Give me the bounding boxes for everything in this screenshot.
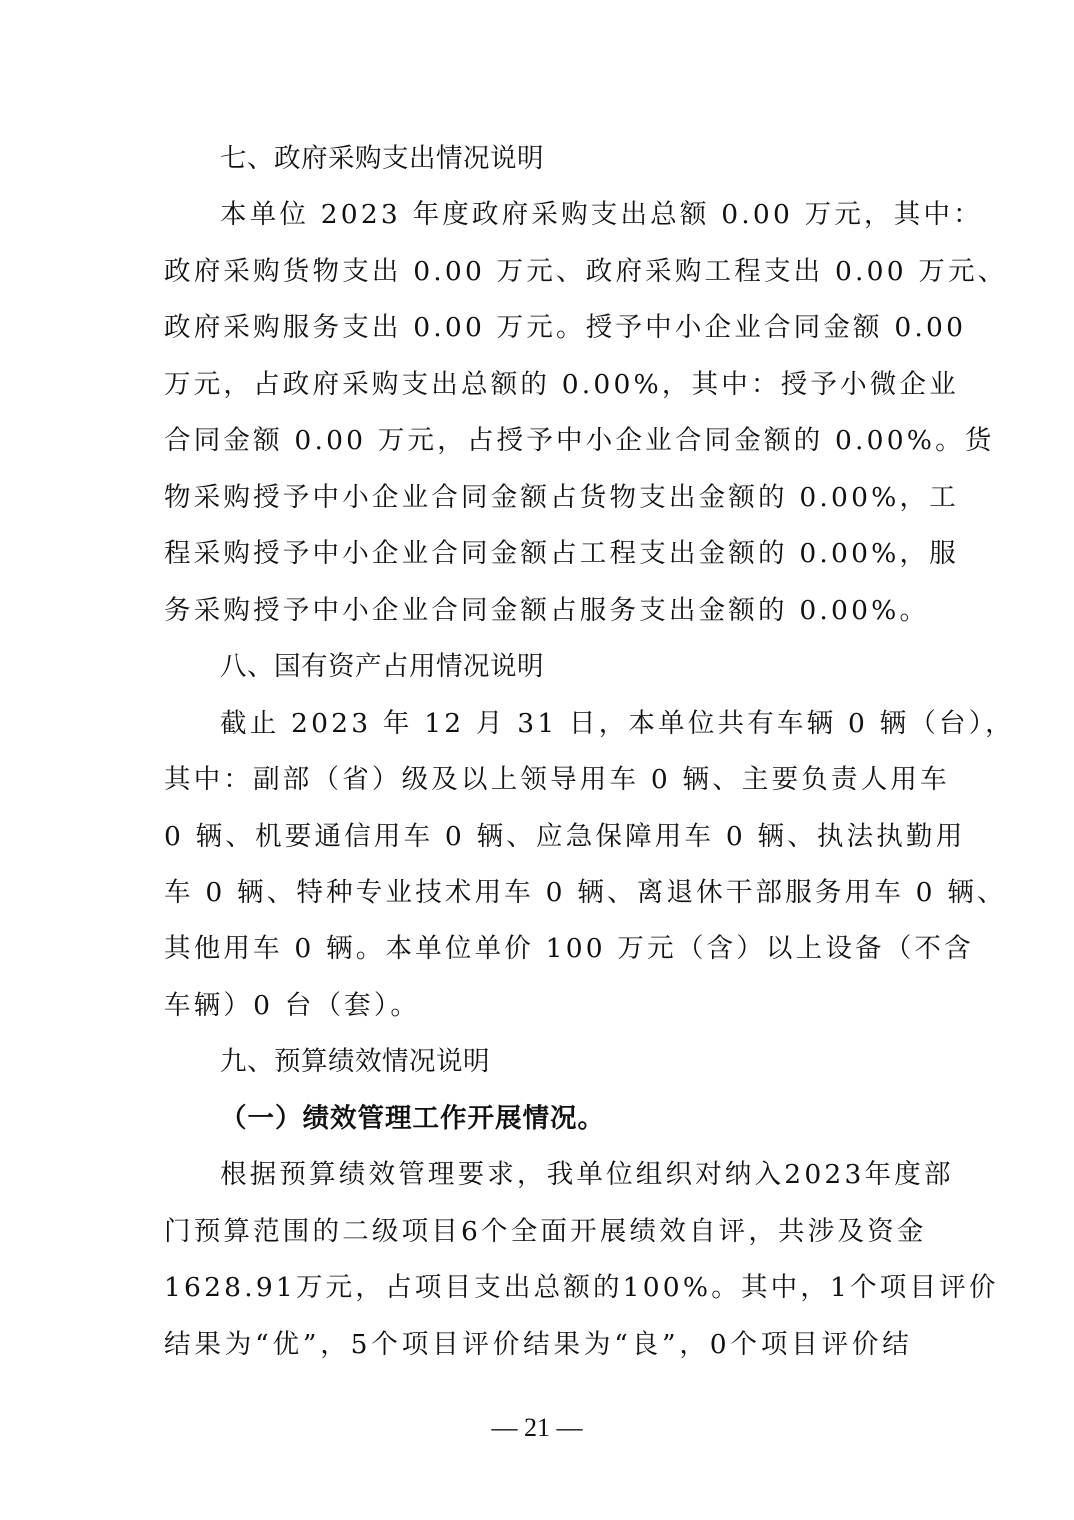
paragraph-line: 车 0 辆、特种专业技术用车 0 辆、离退休干部服务用车 0 辆、: [164, 875, 912, 911]
paragraph-line: 万元，占政府采购支出总额的 0.00%，其中：授予小微企业: [164, 367, 912, 403]
section-heading-budget-performance: 九、预算绩效情况说明: [220, 1044, 490, 1080]
paragraph-line: 政府采购货物支出 0.00 万元、政府采购工程支出 0.00 万元、: [164, 254, 912, 290]
paragraph-line: 务采购授予中小企业合同金额占服务支出金额的 0.00%。: [164, 593, 912, 629]
paragraph-line: 1628.91万元，占项目支出总额的100%。其中，1个项目评价: [164, 1270, 912, 1306]
paragraph-line: 结果为“优”，5个项目评价结果为“良”，0个项目评价结: [164, 1327, 912, 1363]
paragraph-line: 其他用车 0 辆。本单位单价 100 万元（含）以上设备（不含: [164, 931, 912, 967]
paragraph-line: 0 辆、机要通信用车 0 辆、应急保障用车 0 辆、执法执勤用: [164, 819, 912, 855]
paragraph-line: 本单位 2023 年度政府采购支出总额 0.00 万元，其中：: [220, 197, 912, 233]
page-number: — 21 —: [0, 1410, 1074, 1446]
paragraph-line: 根据预算绩效管理要求，我单位组织对纳入2023年度部: [220, 1157, 912, 1193]
paragraph-line: 门预算范围的二级项目6个全面开展绩效自评，共涉及资金: [164, 1214, 912, 1250]
paragraph-line: 程采购授予中小企业合同金额占工程支出金额的 0.00%，服: [164, 536, 912, 572]
section-heading-government-procurement: 七、政府采购支出情况说明: [220, 141, 544, 177]
section-heading-state-assets: 八、国有资产占用情况说明: [220, 649, 544, 685]
paragraph-line: 截止 2023 年 12 月 31 日，本单位共有车辆 0 辆（台），: [220, 706, 912, 742]
paragraph-line: 合同金额 0.00 万元，占授予中小企业合同金额的 0.00%。货: [164, 423, 912, 459]
paragraph-line: 物采购授予中小企业合同金额占货物支出金额的 0.00%，工: [164, 480, 912, 516]
paragraph-line: 其中：副部（省）级及以上领导用车 0 辆、主要负责人用车: [164, 762, 912, 798]
paragraph-line: 车辆）0 台（套）。: [164, 988, 912, 1024]
paragraph-line: 政府采购服务支出 0.00 万元。授予中小企业合同金额 0.00: [164, 310, 912, 346]
subsection-heading-performance-management: （一）绩效管理工作开展情况。: [220, 1101, 605, 1137]
